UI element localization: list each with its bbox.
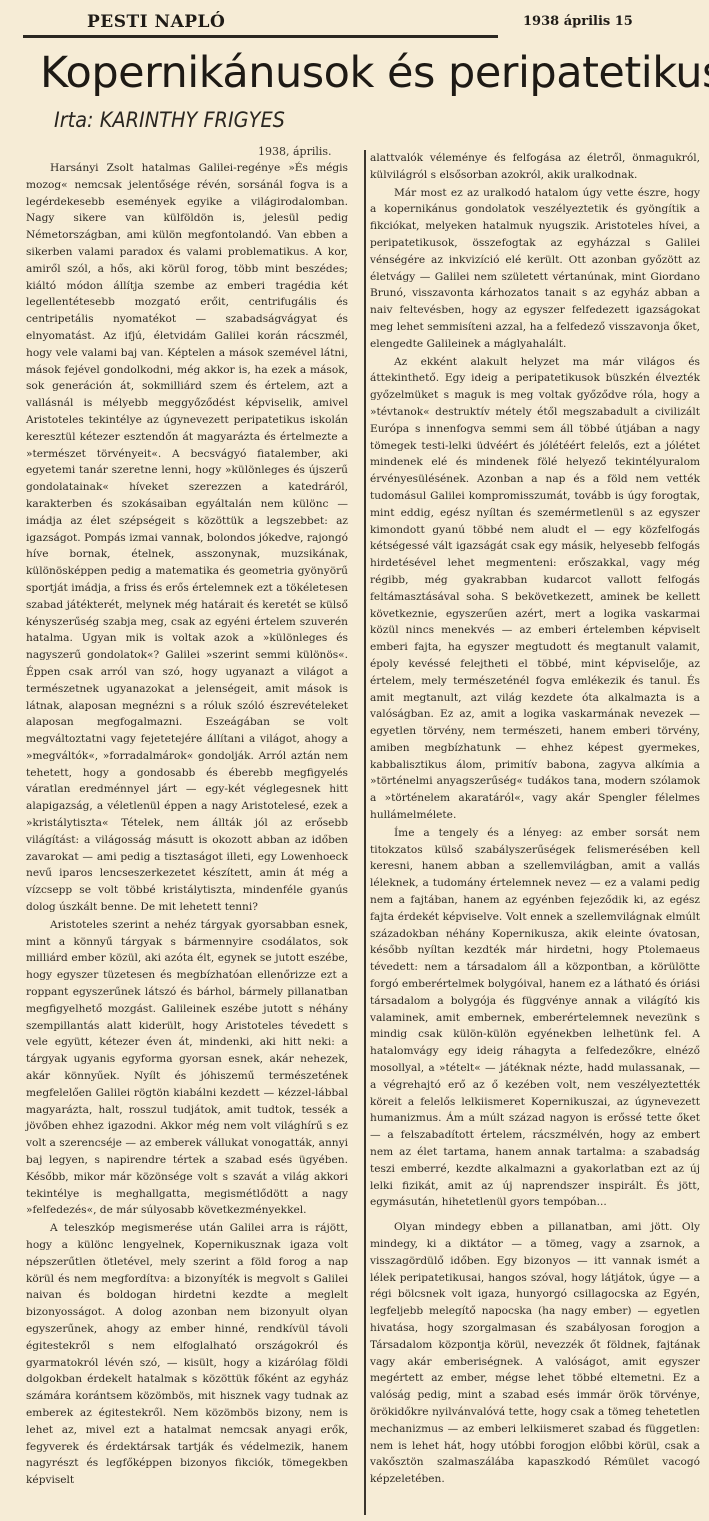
article-dateline: 1938, április. [258,145,332,158]
masthead-rule [23,35,498,38]
article-column-2: alattvalók véleménye és felfogása az éle… [370,150,700,1488]
article-byline: Irta: KARINTHY FRIGYES [54,108,285,132]
issue-date: 1938 április 15 [523,14,633,29]
paragraph: alattvalók véleménye és felfogása az éle… [370,150,700,184]
article-column-1: Harsányi Zsolt hatalmas Galilei-regénye … [26,160,348,1489]
newspaper-page: PESTI NAPLÓ 1938 április 15 Kopernikánus… [0,0,709,1521]
paragraph-gap [370,1211,700,1219]
paragraph: Már most ez az uralkodó hatalom úgy vett… [370,185,700,353]
newspaper-name: PESTI NAPLÓ [87,12,225,32]
article-headline: Kopernikánusok és peripatetikusok [40,48,700,98]
column-divider [364,150,366,1515]
paragraph: Olyan mindegy ebben a pillanatban, ami j… [370,1219,700,1488]
paragraph: Íme a tengely és a lényeg: az ember sors… [370,825,700,1211]
paragraph: A teleszkóp megismerése után Galilei arr… [26,1220,348,1489]
paragraph: Az ekként alakult helyzet ma már világos… [370,354,700,824]
paragraph: Aristoteles szerint a nehéz tárgyak gyor… [26,917,348,1219]
paragraph: Harsányi Zsolt hatalmas Galilei-regénye … [26,160,348,916]
